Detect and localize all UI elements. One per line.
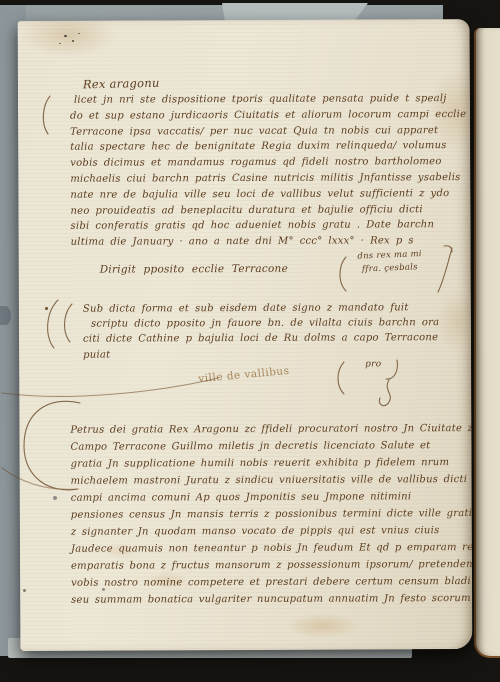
ms-line: Jaudece quamuis non teneantur p nobis Jn… [71,539,472,558]
ink-speck [59,43,61,44]
ms-line: neo prouideatis ad beneplacitu duratura … [70,202,466,220]
ms-line: nate nre de bajulia ville seu loci de va… [70,186,466,204]
ms-line: licet jn nri ste dispositione tporis qua… [74,91,466,109]
manuscript-page: Rex aragonu licet jn nri ste disposition… [18,19,473,651]
paragraph-dot [45,307,48,310]
ms-line: vobis dicimus et mandamus rogamus qd fid… [70,154,466,172]
wormhole-dot [102,588,105,591]
ms-line: scriptu dicto pposito jn fauore bn. de v… [91,315,439,332]
ms-line: emparatis bona z fructus mansorum z poss… [71,556,472,575]
address-line: Dirigit pposito ecclie Terracone [100,263,288,276]
faint-place-note: ville de vallibus [198,365,290,385]
mat-smudge [0,306,11,325]
ms-line: z signanter Jn quodam manso vocato de pi… [71,522,473,541]
ms-line: Petrus dei gratia Rex Aragonu zc ffideli… [70,420,472,439]
third-paragraph: Petrus dei gratia Rex Aragonu zc ffideli… [70,420,472,609]
ms-line: gratia Jn supplicatione humili nobis reu… [71,454,473,473]
ink-speck [64,35,67,37]
ms-line: Sub dicta forma et sub eisdem date signo… [83,300,439,317]
chancery-note: dns rex ma mi ffra. çesbals [357,248,422,277]
facing-page-edge [474,28,500,658]
ms-line: sibi conferatis gratis qd hoc adueniet n… [70,217,466,235]
ink-speck [78,33,80,34]
ms-line: vobis nostro nomine competere et prestar… [71,573,472,592]
notary-mark: pro [365,359,381,369]
wormhole-dot [53,496,57,500]
catchword: puiat [83,346,439,363]
ms-line: do et sup estano jurdicaoris Ciuitatis e… [70,107,466,125]
ms-line: michaelis ciui barchn patris Casine nutr… [70,170,466,188]
wormhole-dot [23,589,26,592]
ms-line: seu summam bonatica vulgariter nuncupatu… [71,590,472,609]
ink-speck [72,40,74,42]
ms-line: talia spectare hec de benignitate Regia … [70,138,466,156]
ms-line: Terracone ipsa vaccatis/ per nuc vacat Q… [70,123,466,141]
ms-line: Campo Terracone Guillmo miletis jn decre… [70,437,472,456]
chancery-note-line2: ffra. çesbals [362,261,423,276]
heading-rex-aragon: Rex aragonu [83,76,160,92]
opening-paragraph: licet jn nri ste dispositione tporis qua… [70,91,467,251]
second-paragraph: Sub dicta forma et sub eisdem date signo… [83,300,440,362]
ms-line: citi dicte Cathine p bajulia loci de Ru … [83,331,439,348]
ms-line: pensiones census Jn mansis terris z poss… [71,505,473,524]
ms-line: michaelem mastroni Juratu z sindicu vniu… [71,471,473,490]
ms-line: campi ancima comuni Ap quos Jmponitis se… [71,488,473,507]
